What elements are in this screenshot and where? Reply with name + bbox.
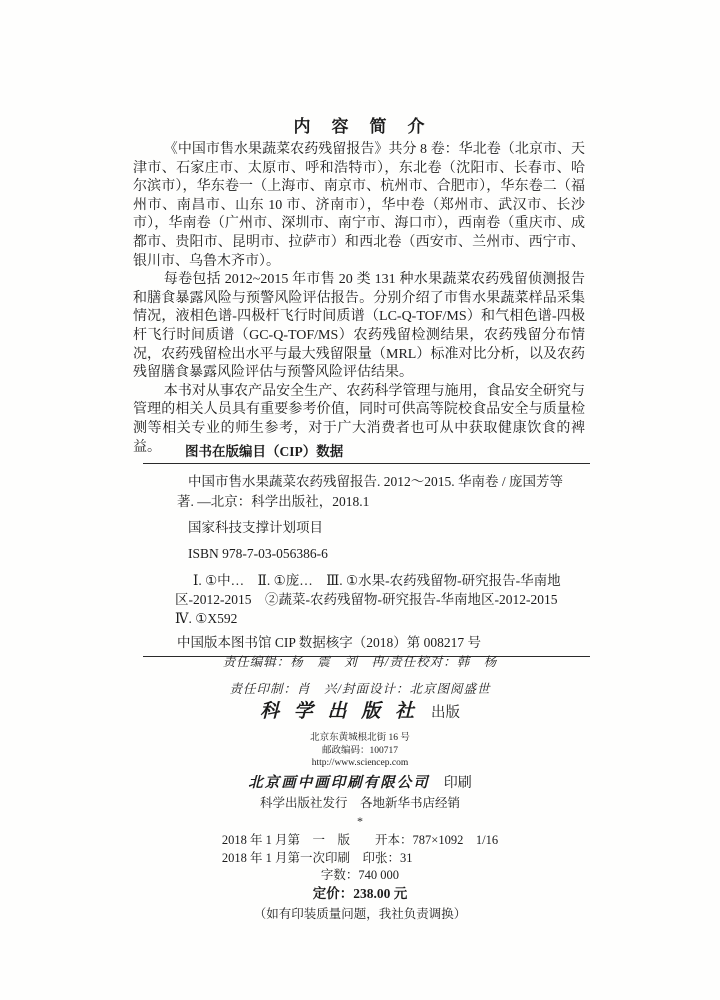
cip-record-line-2: 著. —北京：科学出版社，2018.1 [177,492,590,512]
staff-credits: 责任编辑：杨 震 刘 冉/责任校对：韩 杨 责任印制：肖 兴/封面设计：北京图阅… [0,652,720,697]
separator-asterisk: * [0,814,720,828]
editors-line: 责任编辑：杨 震 刘 冉/责任校对：韩 杨 [0,652,720,670]
cip-heading: 图书在版编目（CIP）数据 [185,444,590,460]
cip-record-line-1: 中国市售水果蔬菜农药残留报告. 2012～2015. 华南卷 / 庞国芳等 [188,472,590,492]
cip-classification-line-3: Ⅳ. ①X592 [175,609,590,628]
summary-paragraph-1: 《中国市售水果蔬菜农药残留报告》共分 8 卷：华北卷（北京市、天津市、石家庄市、… [133,141,585,271]
publisher-line: 科 学 出 版 社 出版 [0,700,720,725]
print-design-line: 责任印制：肖 兴/封面设计：北京图阅盛世 [0,679,720,697]
printer-line: 北京画中画印刷有限公司 印刷 [0,774,720,793]
printer-suffix: 印刷 [444,776,472,791]
summary-paragraph-2: 每卷包括 2012~2015 年市售 20 类 131 种水果蔬菜农药残留侦测报… [133,271,585,383]
printer-name: 北京画中画印刷有限公司 [248,775,430,791]
exchange-note: （如有印装质量问题，我社负责调换） [0,906,720,923]
word-count: 字数：740 000 [0,867,720,884]
book-copyright-page: 内 容 简 介 《中国市售水果蔬菜农药残留报告》共分 8 卷：华北卷（北京市、天… [0,0,720,1000]
content-summary: 《中国市售水果蔬菜农药残留报告》共分 8 卷：华北卷（北京市、天津市、石家庄市、… [133,141,585,457]
isbn-number: ISBN 978-7-03-056386-6 [188,544,590,564]
price-line: 定价：238.00 元 [0,885,720,902]
colophon: 科 学 出 版 社 出版 北京东黄城根北街 16 号 邮政编码：100717 h… [0,700,720,923]
cip-rule-top [143,463,590,464]
edition-line: 2018 年 1 月第 一 版 开本：787×1092 1/16 [222,831,498,849]
publisher-suffix: 出版 [431,705,460,721]
page-title: 内 容 简 介 [0,112,720,137]
cip-classification-line-1: Ⅰ. ①中… Ⅱ. ①庞… Ⅲ. ①水果-农药残留物-研究报告-华南地 [193,571,590,590]
publisher-name: 科 学 出 版 社 [260,701,419,722]
edition-block: 2018 年 1 月第 一 版 开本：787×1092 1/16 2018 年 … [0,828,720,867]
publisher-postcode: 邮政编码：100717 [0,745,720,758]
cip-block: 图书在版编目（CIP）数据 中国市售水果蔬菜农药残留报告. 2012～2015.… [143,444,590,657]
printing-line: 2018 年 1 月第一次印刷 印张：31 [222,849,498,867]
publisher-website: http://www.sciencep.com [0,757,720,770]
cip-registry-number: 中国版本图书馆 CIP 数据核字（2018）第 008217 号 [177,633,590,652]
publisher-address: 北京东黄城根北街 16 号 [0,732,720,745]
cip-project: 国家科技支撑计划项目 [188,518,590,538]
distribution-line: 科学出版社发行 各地新华书店经销 [0,795,720,812]
cip-classification-line-2: 区-2012-2015 ②蔬菜-农药残留物-研究报告-华南地区-2012-201… [175,590,590,609]
